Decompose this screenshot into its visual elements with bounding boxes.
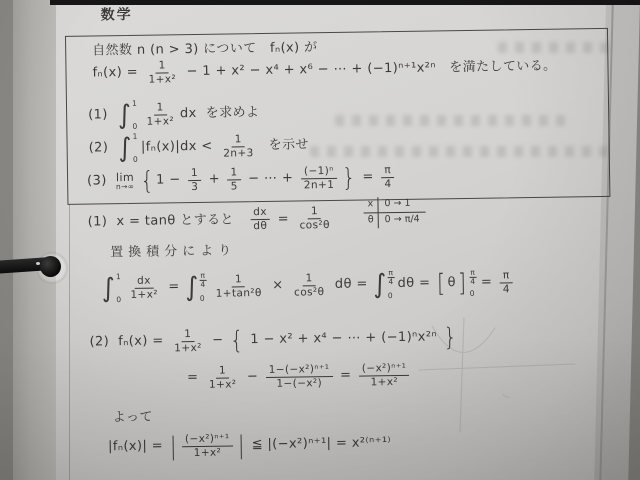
solution-1-substitution-line: (1) x = tanθ とすると dxdθ = 1cos²θx0 → 1θ0 … (88, 202, 426, 238)
solution-2-therefore-line: よって (113, 410, 153, 426)
variable-change-table: x0 → 1θ0 → π/4 (363, 197, 425, 229)
page-title: 数学 (101, 4, 133, 24)
problem-intro-line: 自然数 n (n > 3) について fₙ(x) が (92, 40, 318, 59)
solution-2-expansion-line: (2) fₙ(x) = 11+x² − { 1 − x² + x⁴ − ⋯ + … (89, 324, 459, 356)
question-1-line: (1) ∫1011+x²dx を求めよ (88, 98, 260, 131)
handwriting-layer: 数学 自然数 n (n > 3) について fₙ(x) が fₙ(x) = 11… (0, 0, 640, 480)
question-2-line: (2) ∫10|fₙ(x)|dx < 12n+3 を示せ (88, 130, 309, 163)
question-3-line: (3) limn→∞{1 − 13 + 15 − ⋯ + (−1)ⁿ2n+1} … (87, 164, 398, 195)
solution-2-sum-line: = 11+x² − 1−(−x²)ⁿ⁺¹1−(−x²) = (−x²)ⁿ⁺¹1+… (187, 362, 413, 392)
solution-1-method-line: 置換積分により (110, 243, 236, 260)
solution-1-integral-line: ∫10dx1+x² = ∫π4011+tan²θ × 1cos²θ dθ = ∫… (100, 267, 516, 303)
solution-2-bound-line: |fₙ(x)| = |(−x²)ⁿ⁺¹1+x²| ≦ |(−x²)ⁿ⁺¹| = … (108, 430, 391, 460)
photo-of-handwritten-math-notes: 数学 自然数 n (n > 3) について fₙ(x) が fₙ(x) = 11… (0, 0, 640, 480)
